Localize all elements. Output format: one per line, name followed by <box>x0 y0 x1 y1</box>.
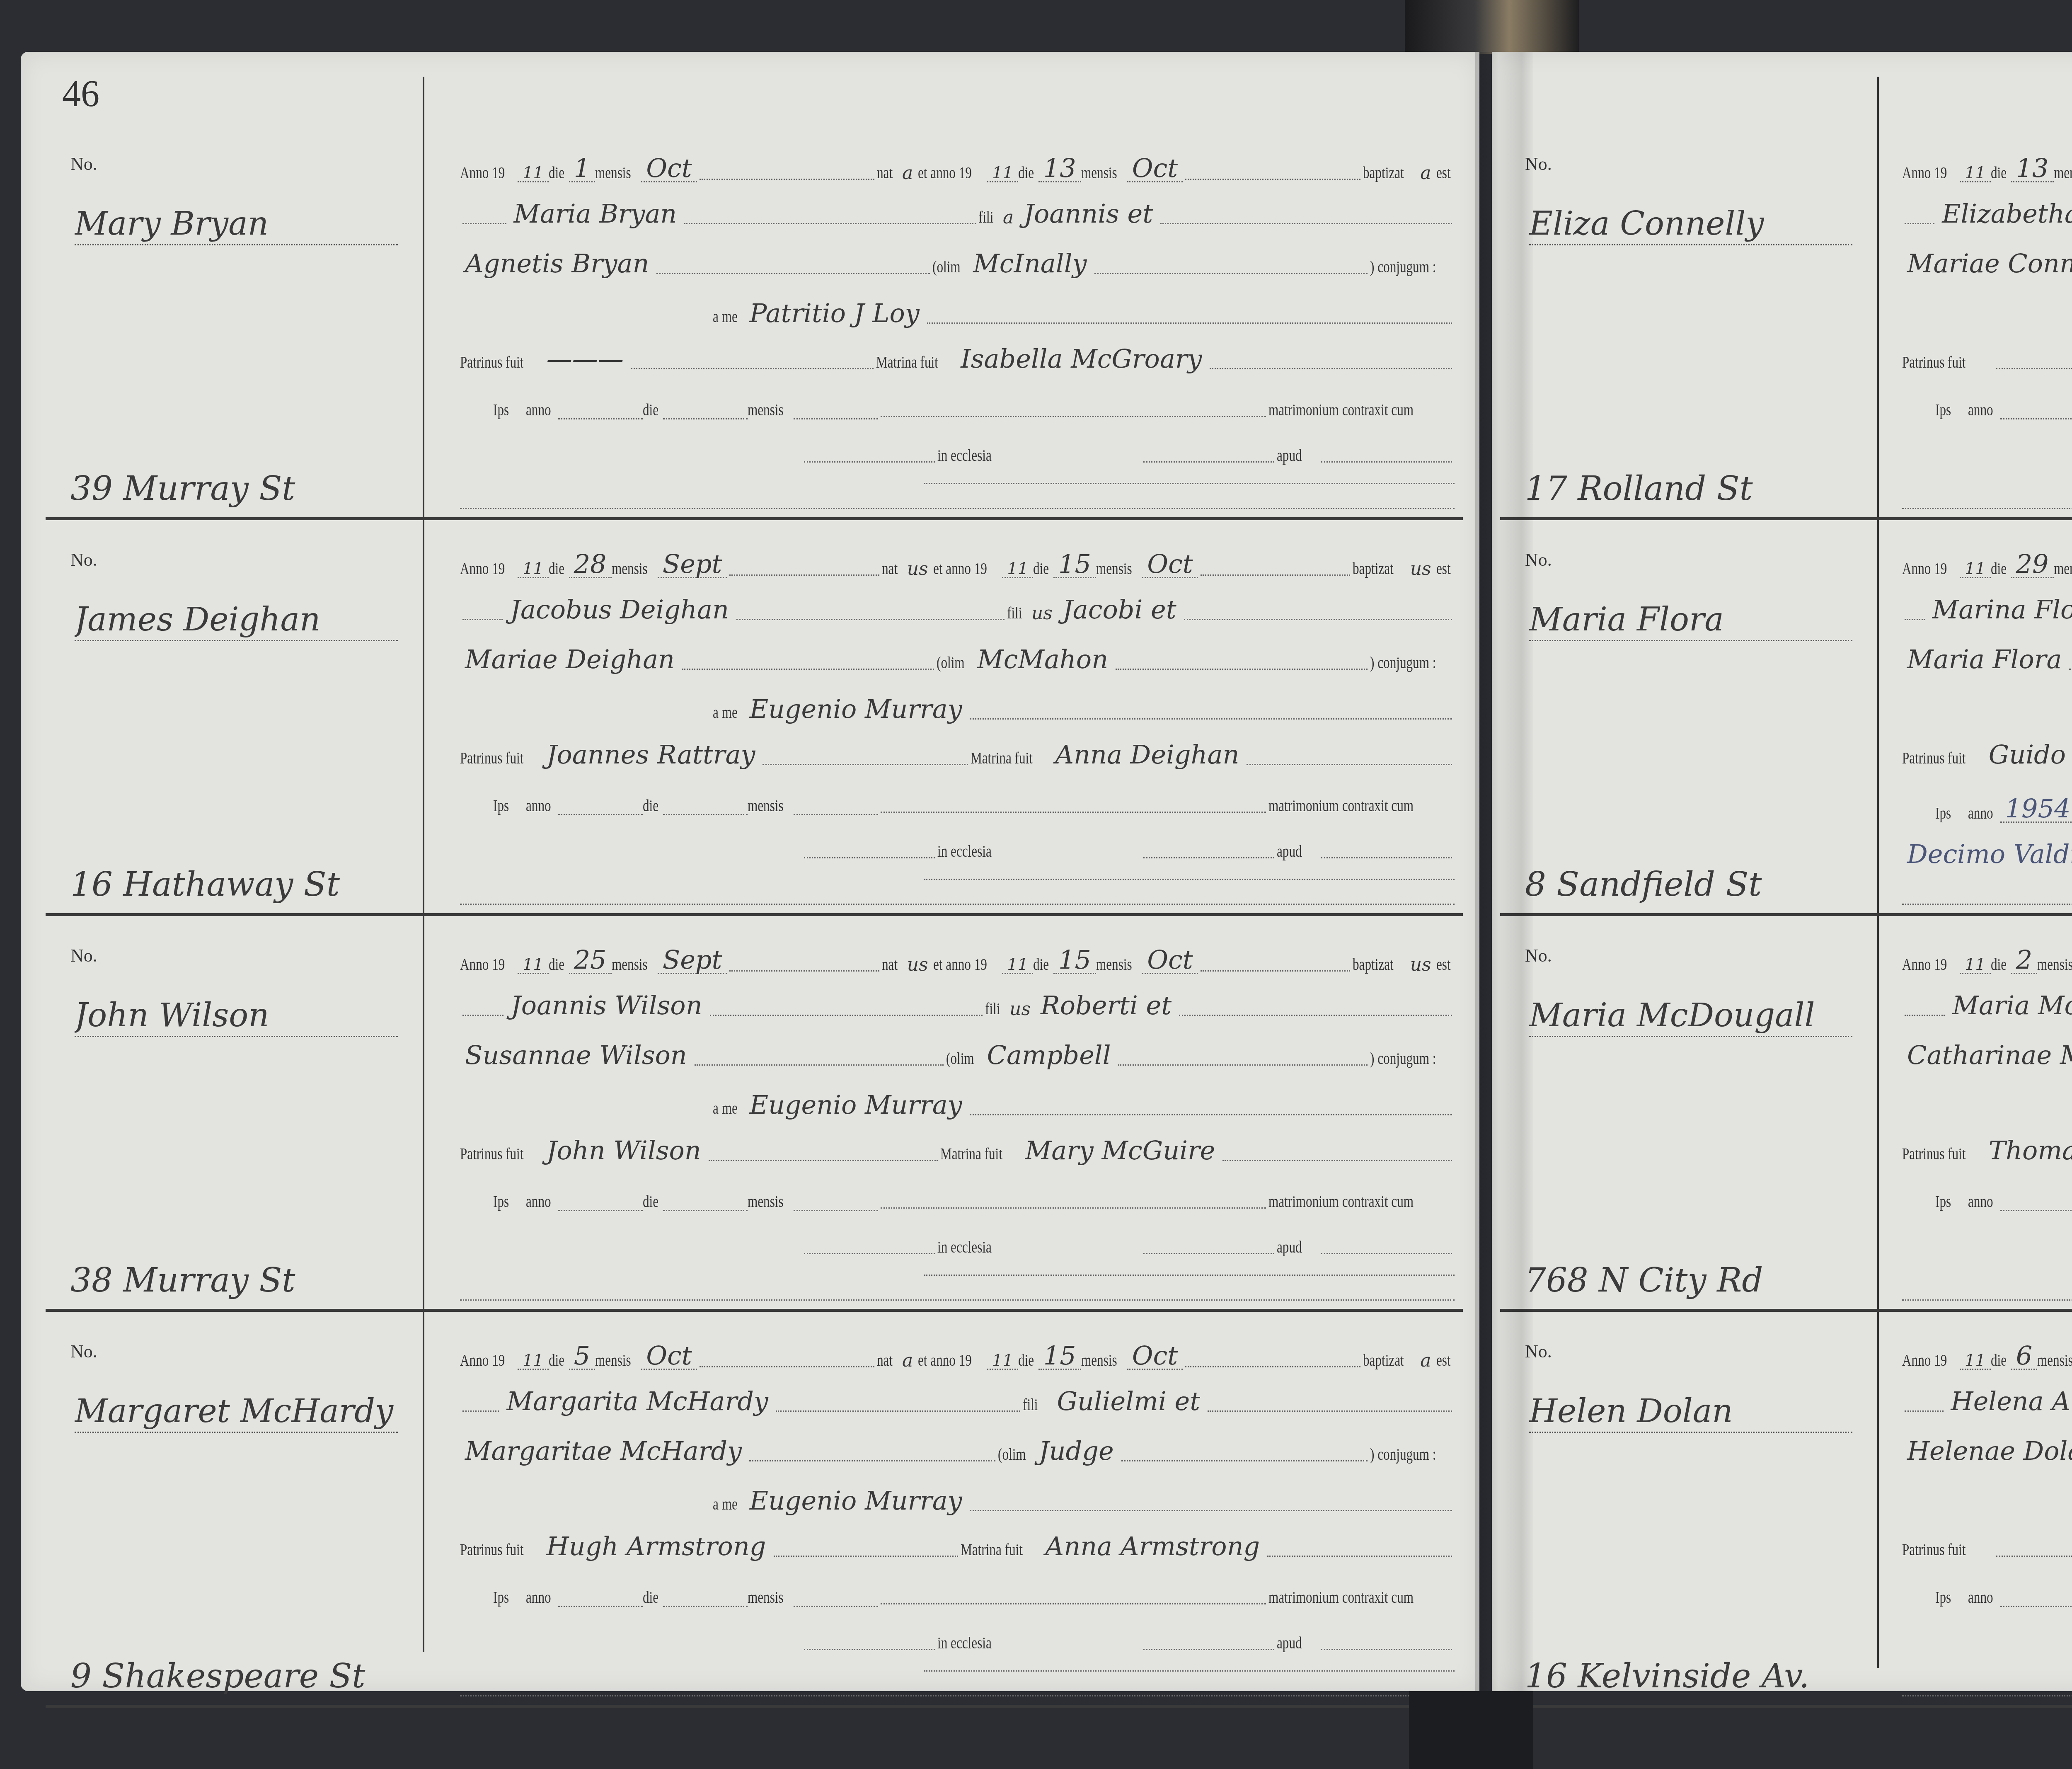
mother-name: Agnetis Bryan <box>460 251 654 276</box>
margin-address: 16 Kelvinside Av. <box>1525 1657 1865 1695</box>
church-line: in ecclesia apud <box>460 1237 1455 1257</box>
mother-name: Margaritae McHardy <box>460 1438 747 1464</box>
child-name: Maria Bryan <box>509 201 682 227</box>
blank-dotted-line <box>924 483 1455 484</box>
bapt-suffix: us <box>1405 956 1436 974</box>
margin-name: John Wilson <box>75 997 398 1037</box>
baptism-year: 11 <box>1002 560 1033 578</box>
marriage-day <box>663 814 748 815</box>
marriage-line: Ips anno die mensis matrimonium contraxi… <box>493 1587 1455 1607</box>
no-label: No. <box>70 1341 97 1362</box>
baptism-month: Oct <box>1142 947 1198 974</box>
no-label: No. <box>70 945 97 966</box>
maiden-name: McMahon <box>972 647 1113 672</box>
birth-day: 5 <box>569 1343 595 1370</box>
marriage-month <box>794 814 878 815</box>
margin-name: Maria McDougall <box>1529 997 1852 1037</box>
blank-dotted-line <box>924 879 1455 880</box>
entry-form: Anno 19 11 die 29 mensis Sept nat a et a… <box>1898 522 2072 916</box>
birth-baptism-line: Anno 19 11 die 5 mensis Oct nat a et ann… <box>460 1343 1455 1370</box>
baptism-day: 15 <box>1053 551 1096 578</box>
birth-year: 11 <box>518 956 549 974</box>
entry-separator <box>46 517 1463 520</box>
mother-name: Mariae Deighan <box>460 647 680 672</box>
margin-address: 16 Hathaway St <box>70 865 410 904</box>
margin-address: 8 Sandfield St <box>1525 865 1865 904</box>
maiden-name: McInally <box>968 251 1092 276</box>
godmother-name: Anna Armstrong <box>1040 1534 1265 1559</box>
birth-year: 11 <box>1960 956 1991 974</box>
sponsors-line: Patrinus fuit John Wilson Matrina fuit M… <box>460 1138 1455 1163</box>
entry-margin: No. James Deighan 16 Hathaway St <box>46 522 419 916</box>
marriage-year: 1954 <box>2000 796 2072 823</box>
officiating-priest: Patritio J Loy <box>745 300 925 326</box>
entry-form: Anno 19 11 die 2 mensis Oct nat a et ann… <box>1898 918 2072 1312</box>
godfather-name: John Wilson <box>542 1138 706 1163</box>
margin-name: Maria Flora <box>1529 601 1852 641</box>
priest-line: a me Eugenio Murray <box>713 1488 1455 1514</box>
sponsors-line: Patrinus fuit Thomas McDougall Matrina f… <box>1902 1138 2072 1163</box>
baptism-month: Oct <box>1142 551 1198 578</box>
mother-name: Maria Flora <box>1902 647 2067 672</box>
right-page: 47 No. Eliza Connelly 17 Rolland St Anno… <box>1492 52 2072 1691</box>
marriage-year <box>558 418 643 419</box>
entry-form: Anno 19 11 die 25 mensis Sept nat us et … <box>456 918 1459 1312</box>
birth-month: Sept <box>658 947 727 974</box>
birth-year: 11 <box>518 1352 549 1370</box>
mother-name: Helenae Dolan <box>1902 1438 2072 1464</box>
mother-name: Catharinae McDougall <box>1902 1042 2072 1068</box>
birth-day: 25 <box>569 947 612 974</box>
birth-year: 11 <box>1960 560 1991 578</box>
child-name: Margarita McHardy <box>501 1389 773 1414</box>
church-line: Decimo Valdrighi in ecclesia St. Laurenc… <box>1902 841 2072 867</box>
margin-address: 38 Murray St <box>70 1261 410 1299</box>
mother-line: Mariae Connelly (olim Haggarty ) conjugu… <box>1902 251 2072 276</box>
child-parent-line: Helena Ann Dolan fili a Patricii et <box>1902 1389 2072 1414</box>
entry-separator <box>46 1309 1463 1312</box>
entry-form: Anno 19 11 die 5 mensis Oct nat a et ann… <box>456 1314 1459 1708</box>
mother-line: Agnetis Bryan (olim McInally ) conjugum … <box>460 251 1455 276</box>
father-name: Joannis et <box>1019 201 1158 227</box>
father-name: Roberti et <box>1036 993 1176 1018</box>
entry-separator <box>46 1705 1463 1708</box>
entry-margin: No. Margaret McHardy 9 Shakespeare St <box>46 1314 419 1708</box>
entry-separator <box>1500 517 2072 520</box>
birth-baptism-line: Anno 19 11 die 6 mensis Oct nat a et ann… <box>1902 1343 2072 1370</box>
birth-day: 2 <box>2011 947 2037 974</box>
child-name: Elizabetha McCann Connelly <box>1937 201 2072 227</box>
birth-baptism-line: Anno 19 11 die 29 mensis Sept nat a et a… <box>1902 551 2072 578</box>
baptism-year: 11 <box>1002 956 1033 974</box>
child-parent-line: Jacobus Deighan fili us Jacobi et <box>460 597 1455 623</box>
sponsors-line: Patrinus fuit Matrina fuit Margarita Hag… <box>1902 346 2072 372</box>
birth-year: 11 <box>518 165 549 182</box>
church-line: in ecclesia apud <box>460 446 1455 465</box>
blank-dotted-line <box>1902 904 2072 905</box>
margin-name: Eliza Connelly <box>1529 205 1852 245</box>
baptism-month: Oct <box>1127 155 1183 182</box>
entry-margin: No. John Wilson 38 Murray St <box>46 918 419 1312</box>
blank-dotted-line <box>460 904 1455 905</box>
officiating-priest: Eugenio Murray <box>745 1092 967 1118</box>
birth-baptism-line: Anno 19 11 die 2 mensis Oct nat a et ann… <box>1902 947 2072 974</box>
register-entry: No. Eliza Connelly 17 Rolland St Anno 19… <box>1500 126 2072 520</box>
book-spine-bottom <box>1409 1691 1533 1769</box>
church-line: in ecclesia apud <box>460 1633 1455 1653</box>
birth-day: 28 <box>569 551 612 578</box>
marriage-year <box>558 1210 643 1211</box>
child-parent-line: Maria Bryan fili a Joannis et <box>460 201 1455 227</box>
child-parent-line: Joannis Wilson fili us Roberti et <box>460 993 1455 1018</box>
margin-name: Margaret McHardy <box>75 1393 398 1433</box>
marriage-year <box>558 1606 643 1607</box>
mother-line: Mariae Deighan (olim McMahon ) conjugum … <box>460 647 1455 672</box>
birth-month: Sept <box>658 551 727 578</box>
marriage-line: Ips anno die mensis matrimonium contraxi… <box>1935 1192 2072 1211</box>
birth-day: 13 <box>2011 155 2054 182</box>
child-name: Helena Ann Dolan <box>1946 1389 2072 1414</box>
godfather-name: Guido Pisaneski <box>1984 742 2072 768</box>
sponsors-line: Patrinus fuit Joannes Rattray Matrina fu… <box>460 742 1455 768</box>
baptism-day: 15 <box>1038 1343 1081 1370</box>
blank-dotted-line <box>1902 1299 2072 1301</box>
margin-address: 9 Shakespeare St <box>70 1657 410 1695</box>
godfather-name: Thomas McDougall <box>1984 1138 2072 1163</box>
child-parent-line: Margarita McHardy fili Gulielmi et <box>460 1389 1455 1414</box>
birth-baptism-line: Anno 19 11 die 13 mensis Oct nat a et an… <box>1902 155 2072 182</box>
blank-dotted-line <box>924 1275 1455 1276</box>
register-entry: No. Maria Flora 8 Sandfield St Anno 19 1… <box>1500 522 2072 916</box>
birth-baptism-line: Anno 19 11 die 1 mensis Oct nat a et ann… <box>460 155 1455 182</box>
register-entry: No. Maria McDougall 768 N City Rd Anno 1… <box>1500 918 2072 1312</box>
fili-suffix: a <box>998 208 1019 227</box>
church-line: in ecclesia apud <box>1902 446 2072 465</box>
birth-day: 6 <box>2011 1343 2037 1370</box>
baptism-month: Oct <box>1127 1343 1183 1370</box>
register-entry: No. Margaret McHardy 9 Shakespeare St An… <box>46 1314 1463 1708</box>
marriage-line: Ips anno die mensis matrimonium contraxi… <box>493 1192 1455 1211</box>
marriage-line: Ips anno die mensis matrimonium contraxi… <box>1935 1587 2072 1607</box>
birth-month: Oct <box>641 1343 697 1370</box>
birth-day: 1 <box>569 155 595 182</box>
entry-margin: No. Helen Dolan 16 Kelvinside Av. <box>1500 1314 1873 1708</box>
marriage-month <box>794 1606 878 1607</box>
bapt-suffix: a <box>1415 1352 1436 1370</box>
margin-address: 17 Rolland St <box>1525 469 1865 508</box>
entry-form: Anno 19 11 die 6 mensis Oct nat a et ann… <box>1898 1314 2072 1708</box>
priest-line: a me Patritio J Loy <box>713 300 1455 326</box>
bapt-suffix: us <box>1405 560 1436 578</box>
child-name: Maria McDougall <box>1947 993 2072 1018</box>
marriage-line: Ips anno die mensis matrimonium contraxi… <box>493 796 1455 815</box>
birth-year: 11 <box>1960 1352 1991 1370</box>
nat-suffix: us <box>902 956 933 974</box>
birth-baptism-line: Anno 19 11 die 25 mensis Sept nat us et … <box>460 947 1455 974</box>
mother-name: Susannae Wilson <box>460 1042 692 1068</box>
marriage-day <box>663 1606 748 1607</box>
nat-suffix: a <box>897 1352 918 1370</box>
marriage-line: Ips anno die mensis matrimonium contraxi… <box>493 400 1455 419</box>
entry-separator <box>1500 1309 2072 1312</box>
marriage-year <box>2000 1606 2072 1607</box>
blank-dotted-line <box>1902 1695 2072 1696</box>
entry-form: Anno 19 11 die 1 mensis Oct nat a et ann… <box>456 126 1459 520</box>
register-entry: No. John Wilson 38 Murray St Anno 19 11 … <box>46 918 1463 1312</box>
book-spine-top <box>1405 0 1579 54</box>
mother-line: Maria Flora (olim Valdrighi ) conjugum : <box>1902 647 2072 672</box>
entry-margin: No. Maria Flora 8 Sandfield St <box>1500 522 1873 916</box>
blank-dotted-line <box>924 1670 1455 1672</box>
sponsors-line: Patrinus fuit Hugh Armstrong Matrina fui… <box>460 1534 1455 1559</box>
child-parent-line: Marina Flora Celestini fili a Flora (Cel… <box>1902 597 2072 623</box>
marriage-day <box>663 418 748 419</box>
child-name: Jacobus Deighan <box>505 597 734 623</box>
entry-margin: No. Mary Bryan 39 Murray St <box>46 126 419 520</box>
blank-dotted-line <box>460 508 1455 509</box>
entry-margin: No. Maria McDougall 768 N City Rd <box>1500 918 1873 1312</box>
maiden-name: Judge <box>1034 1438 1119 1464</box>
maiden-name: Campbell <box>982 1042 1116 1068</box>
baptism-day: 15 <box>1053 947 1096 974</box>
fili-suffix: us <box>1026 604 1058 623</box>
father-name: Jacobi et <box>1058 597 1181 623</box>
father-name: Gulielmi et <box>1052 1389 1205 1414</box>
entry-form: Anno 19 11 die 28 mensis Sept nat us et … <box>456 522 1459 916</box>
birth-baptism-line: Anno 19 11 die 28 mensis Sept nat us et … <box>460 551 1455 578</box>
margin-address: 768 N City Rd <box>1525 1261 1865 1299</box>
sponsors-line: Patrinus fuit ——— Matrina fuit Isabella … <box>460 346 1455 372</box>
blank-dotted-line <box>460 1695 1455 1696</box>
marriage-year <box>558 814 643 815</box>
birth-day: 29 <box>2011 551 2054 578</box>
child-parent-line: Elizabetha McCann Connelly fili a Jacobi… <box>1902 201 2072 227</box>
marriage-line: Ips anno 1954 die 23 mensis Jan. matrimo… <box>1935 796 2072 823</box>
mother-line: Catharinae McDougall (olim McAllister ) … <box>1902 1042 2072 1068</box>
priest-line: a me Eugenio Murray <box>713 1092 1455 1118</box>
officiating-priest: Eugenio Murray <box>745 1488 967 1514</box>
birth-month: Oct <box>641 155 697 182</box>
child-parent-line: Maria McDougall fili a Jacobi et <box>1902 993 2072 1018</box>
mother-line: Margaritae McHardy (olim Judge ) conjugu… <box>460 1438 1455 1464</box>
baptism-year: 11 <box>987 165 1018 182</box>
mother-line: Helenae Dolan (olim Hamilton ) conjugum … <box>1902 1438 2072 1464</box>
margin-address: 39 Murray St <box>70 469 410 508</box>
church-line: in ecclesia apud <box>460 841 1455 861</box>
child-name: Joannis Wilson <box>506 993 707 1018</box>
page-number-left: 46 <box>62 73 99 115</box>
sponsors-line: Patrinus fuit Matrina fuit Maria Simpson <box>1902 1534 2072 1559</box>
godmother-name: Mary McGuire <box>1020 1138 1220 1163</box>
godfather-name: ——— <box>542 346 629 372</box>
register-entry: No. Mary Bryan 39 Murray St Anno 19 11 d… <box>46 126 1463 520</box>
godmother-name: Isabella McGroary <box>956 346 1207 372</box>
entry-separator <box>46 913 1463 916</box>
church-line: in ecclesia apud <box>1902 1633 2072 1653</box>
margin-name: James Deighan <box>75 601 398 641</box>
no-label: No. <box>70 153 97 174</box>
officiating-priest: Eugenio Murray <box>745 696 967 722</box>
left-page: 46 No. Mary Bryan 39 Murray St Anno 19 1… <box>21 52 1479 1691</box>
sponsors-line: Patrinus fuit Guido Pisaneski Matrina fu… <box>1902 742 2072 768</box>
child-name: Marina Flora Celestini <box>1927 597 2072 623</box>
blank-dotted-line <box>1902 508 2072 509</box>
baptism-day: 13 <box>1038 155 1081 182</box>
register-entry: No. James Deighan 16 Hathaway St Anno 19… <box>46 522 1463 916</box>
bapt-suffix: a <box>1415 164 1436 182</box>
marriage-line: Ips anno die mensis matrimonium contraxi… <box>1935 400 2072 419</box>
marriage-month <box>794 1210 878 1211</box>
baptism-year: 11 <box>987 1352 1018 1370</box>
church-line: in ecclesia apud <box>1902 1237 2072 1257</box>
nat-suffix: us <box>902 560 933 578</box>
godfather-name: Hugh Armstrong <box>542 1534 771 1559</box>
entry-separator <box>1500 913 2072 916</box>
gutter-shadow <box>1475 52 1533 1691</box>
godmother-name: Anna Deighan <box>1050 742 1244 768</box>
entry-margin: No. Eliza Connelly 17 Rolland St <box>1500 126 1873 520</box>
blank-dotted-line <box>460 1299 1455 1301</box>
marriage-year <box>2000 418 2072 419</box>
mother-line: Susannae Wilson (olim Campbell ) conjugu… <box>460 1042 1455 1068</box>
priest-line: a me Eugenio Murray <box>713 696 1455 722</box>
nat-suffix: a <box>897 164 918 182</box>
margin-name: Mary Bryan <box>75 205 398 245</box>
birth-year: 11 <box>518 560 549 578</box>
entry-form: Anno 19 11 die 13 mensis Oct nat a et an… <box>1898 126 2072 520</box>
fili-suffix: us <box>1005 1000 1036 1018</box>
register-entry: No. Helen Dolan 16 Kelvinside Av. Anno 1… <box>1500 1314 2072 1708</box>
margin-name: Helen Dolan <box>1529 1393 1852 1433</box>
entry-separator <box>1500 1705 2072 1708</box>
marriage-day <box>663 1210 748 1211</box>
no-label: No. <box>70 549 97 570</box>
spouse-name: Decimo Valdrighi <box>1902 841 2072 867</box>
marriage-year <box>2000 1210 2072 1211</box>
godfather-name: Joannes Rattray <box>542 742 760 768</box>
mother-name: Mariae Connelly <box>1902 251 2072 276</box>
birth-year: 11 <box>1960 165 1991 182</box>
marriage-month <box>794 418 878 419</box>
